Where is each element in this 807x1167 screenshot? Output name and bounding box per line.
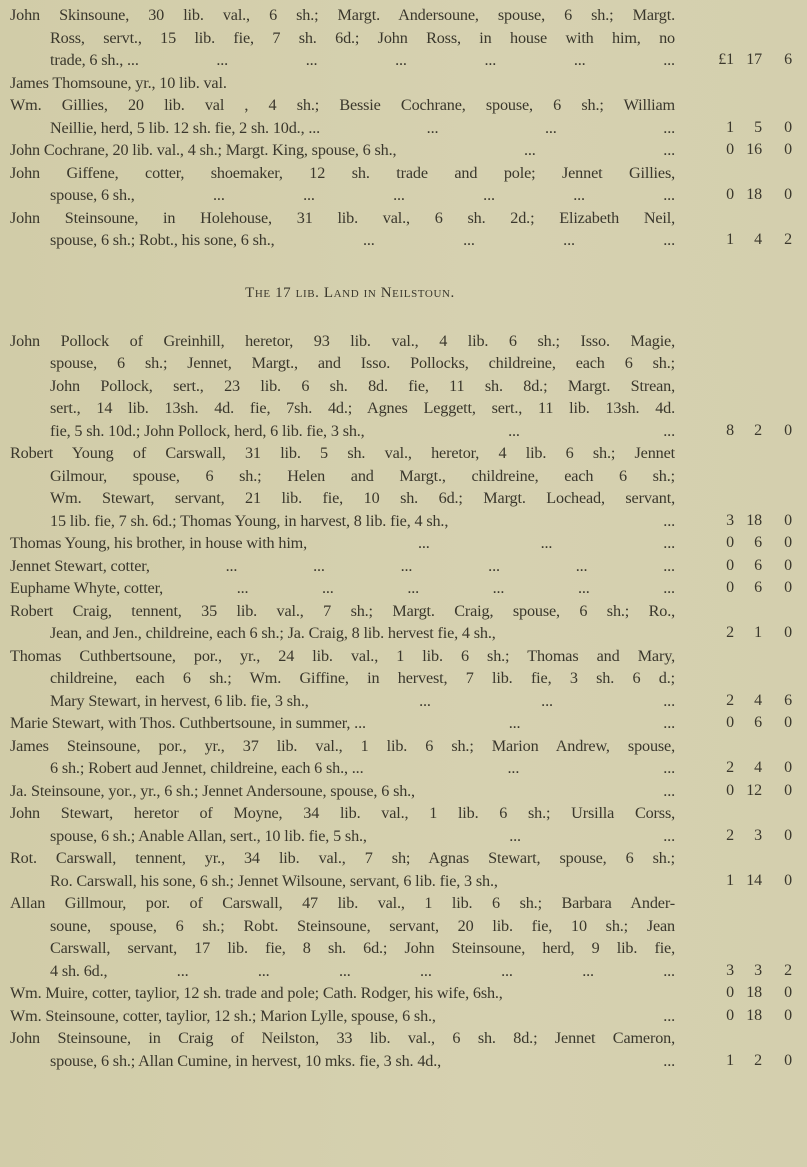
entry-line: fie, 5 sh. 10d.; John Pollock, herd, 6 l… [0,420,807,443]
entry-line: Allan Gillmour, por. of Carswall, 47 lib… [0,892,807,915]
entry-text: James Thomsoune, yr., 10 lib. val. [10,72,675,95]
entry-line: 4 sh. 6d.,.....................332 [0,960,807,983]
spacer [0,252,807,260]
amount-pounds: 2 [700,825,734,848]
entry-text: Wm. Muire, cotter, taylior, 12 sh. trade… [10,982,675,1005]
ledger-entry: John Pollock of Greinhill, heretor, 93 l… [0,330,807,443]
entry-text: 4 sh. 6d.,..................... [50,960,675,983]
entries-neilstoun: John Pollock of Greinhill, heretor, 93 l… [0,330,807,1073]
amount-pounds: 1 [700,117,734,140]
entry-line: 15 lib. fie, 7 sh. 6d.; Thomas Young, in… [0,510,807,533]
entry-text: Ro. Carswall, his sone, 6 sh.; Jennet Wi… [50,870,675,893]
entry-text: Wm. Stewart, servant, 21 lib. fie, 10 sh… [50,487,675,510]
entry-line: soune, spouse, 6 sh.; Robt. Steinsoune, … [0,915,807,938]
entry-line: Wm. Steinsoune, cotter, taylior, 12 sh.;… [0,1005,807,1028]
amount-pounds: 0 [700,532,734,555]
entry-text: Robert Craig, tennent, 35 lib. val., 7 s… [10,600,675,623]
entry-text: spouse, 6 sh.; Jennet, Margt., and Isso.… [50,352,675,375]
amount-pence: 0 [772,420,792,443]
entry-line: Wm. Muire, cotter, taylior, 12 sh. trade… [0,982,807,1005]
ledger-entry: John Stewart, heretor of Moyne, 34 lib. … [0,802,807,847]
amount-shillings: 6 [738,712,762,735]
entry-text: John Pollock of Greinhill, heretor, 93 l… [10,330,675,353]
entry-text: childreine, each 6 sh.; Wm. Giffine, in … [50,667,675,690]
amount-pence: 0 [772,757,792,780]
entry-text: John Pollock, sert., 23 lib. 6 sh. 8d. f… [50,375,675,398]
amount-pence: 0 [772,510,792,533]
entry-text: spouse, 6 sh.; Allan Cumine, in hervest,… [50,1050,675,1073]
ledger-entry: John Steinsoune, in Craig of Neilston, 3… [0,1027,807,1072]
amount-pence: 0 [772,117,792,140]
entry-text: Thomas Cuthbertsoune, por., yr., 24 lib.… [10,645,675,668]
entry-text: Gilmour, spouse, 6 sh.; Helen and Margt.… [50,465,675,488]
amount-pence: 0 [772,555,792,578]
entry-line: spouse, 6 sh.; Anable Allan, sert., 10 l… [0,825,807,848]
entry-text: John Steinsoune, in Craig of Neilston, 3… [10,1027,675,1050]
ledger-entry: Wm. Muire, cotter, taylior, 12 sh. trade… [0,982,807,1005]
amount-pence: 0 [772,622,792,645]
entry-line: trade, 6 sh., .....................£1176 [0,49,807,72]
entry-line: John Giffene, cotter, shoemaker, 12 sh. … [0,162,807,185]
entry-line: James Thomsoune, yr., 10 lib. val. [0,72,807,95]
entry-line: Carswall, servant, 17 lib. fie, 8 sh. 6d… [0,937,807,960]
amount-pounds: 2 [700,690,734,713]
entry-text: Thomas Young, his brother, in house with… [10,532,675,555]
amount-pounds: 1 [700,870,734,893]
ledger-entry: John Steinsoune, in Holehouse, 31 lib. v… [0,207,807,252]
entry-line: Marie Stewart, with Thos. Cuthbertsoune,… [0,712,807,735]
amount-shillings: 17 [738,49,762,72]
ledger-entry: James Steinsoune, por., yr., 37 lib. val… [0,735,807,780]
entry-line: Euphame Whyte, cotter,..................… [0,577,807,600]
entry-text: Jean, and Jen., childreine, each 6 sh.; … [50,622,675,645]
entry-text: fie, 5 sh. 10d.; John Pollock, herd, 6 l… [50,420,675,443]
entry-line: John Cochrane, 20 lib. val., 4 sh.; Marg… [0,139,807,162]
amount-pounds: 0 [700,184,734,207]
amount-pounds: 0 [700,982,734,1005]
ledger-entry: James Thomsoune, yr., 10 lib. val. [0,72,807,95]
document-page: John Skinsoune, 30 lib. val., 6 sh.; Mar… [0,0,807,1072]
entry-line: spouse, 6 sh.; Allan Cumine, in hervest,… [0,1050,807,1073]
entry-text: Wm. Steinsoune, cotter, taylior, 12 sh.;… [10,1005,675,1028]
entry-text: Ja. Steinsoune, yor., yr., 6 sh.; Jennet… [10,780,675,803]
amount-pence: 0 [772,712,792,735]
amount-pounds: 0 [700,712,734,735]
entry-line: spouse, 6 sh.,..................0180 [0,184,807,207]
entry-text: spouse, 6 sh.; Robt., his sone, 6 sh.,..… [50,229,675,252]
entry-text: John Cochrane, 20 lib. val., 4 sh.; Marg… [10,139,675,162]
entry-text: John Steinsoune, in Holehouse, 31 lib. v… [10,207,675,230]
entry-line: John Steinsoune, in Craig of Neilston, 3… [0,1027,807,1050]
entry-line: Robert Craig, tennent, 35 lib. val., 7 s… [0,600,807,623]
entry-text: Mary Stewart, in hervest, 6 lib. fie, 3 … [50,690,675,713]
ledger-entry: Robert Young of Carswall, 31 lib. 5 sh. … [0,442,807,532]
amount-pence: 0 [772,532,792,555]
entry-text: John Skinsoune, 30 lib. val., 6 sh.; Mar… [10,4,675,27]
amount-pounds: 0 [700,555,734,578]
amount-pence: 0 [772,139,792,162]
entry-text: 6 sh.; Robert aud Jennet, childreine, ea… [50,757,675,780]
amount-shillings: 4 [738,757,762,780]
amount-pence: 6 [772,690,792,713]
amount-pounds: 0 [700,139,734,162]
ledger-entry: Ja. Steinsoune, yor., yr., 6 sh.; Jennet… [0,780,807,803]
entry-line: Jean, and Jen., childreine, each 6 sh.; … [0,622,807,645]
entry-text: Rot. Carswall, tennent, yr., 34 lib. val… [10,847,675,870]
entry-text: sert., 14 lib. 13sh. 4d. fie, 7sh. 4d.; … [50,397,675,420]
amount-pounds: 0 [700,780,734,803]
amount-shillings: 18 [738,184,762,207]
entry-line: Thomas Cuthbertsoune, por., yr., 24 lib.… [0,645,807,668]
ledger-entry: Marie Stewart, with Thos. Cuthbertsoune,… [0,712,807,735]
ledger-entry: Wm. Steinsoune, cotter, taylior, 12 sh.;… [0,1005,807,1028]
entry-text: Marie Stewart, with Thos. Cuthbertsoune,… [10,712,675,735]
entry-line: James Steinsoune, por., yr., 37 lib. val… [0,735,807,758]
amount-shillings: 6 [738,532,762,555]
entry-line: Wm. Stewart, servant, 21 lib. fie, 10 sh… [0,487,807,510]
amount-shillings: 2 [738,1050,762,1073]
entry-line: Robert Young of Carswall, 31 lib. 5 sh. … [0,442,807,465]
ledger-entry: Rot. Carswall, tennent, yr., 34 lib. val… [0,847,807,892]
entry-text: trade, 6 sh., ..................... [50,49,675,72]
ledger-entry: Wm. Gillies, 20 lib. val , 4 sh.; Bessie… [0,94,807,139]
entries-before-heading: John Skinsoune, 30 lib. val., 6 sh.; Mar… [0,4,807,252]
entry-line: spouse, 6 sh.; Jennet, Margt., and Isso.… [0,352,807,375]
entry-line: John Skinsoune, 30 lib. val., 6 sh.; Mar… [0,4,807,27]
amount-shillings: 18 [738,1005,762,1028]
entry-line: John Pollock of Greinhill, heretor, 93 l… [0,330,807,353]
amount-pence: 0 [772,1050,792,1073]
amount-pounds: 2 [700,622,734,645]
entry-text: 15 lib. fie, 7 sh. 6d.; Thomas Young, in… [50,510,675,533]
amount-shillings: 16 [738,139,762,162]
amount-pounds: 0 [700,1005,734,1028]
entry-line: Thomas Young, his brother, in house with… [0,532,807,555]
amount-shillings: 6 [738,555,762,578]
amount-pence: 6 [772,49,792,72]
ledger-entry: John Cochrane, 20 lib. val., 4 sh.; Marg… [0,139,807,162]
entry-text: Euphame Whyte, cotter,.................. [10,577,675,600]
entry-line: Wm. Gillies, 20 lib. val , 4 sh.; Bessie… [0,94,807,117]
amount-shillings: 3 [738,960,762,983]
amount-pounds: 1 [700,229,734,252]
entry-line: 6 sh.; Robert aud Jennet, childreine, ea… [0,757,807,780]
amount-pounds: 8 [700,420,734,443]
amount-shillings: 14 [738,870,762,893]
entry-text: Jennet Stewart, cotter,.................… [10,555,675,578]
entry-text: Allan Gillmour, por. of Carswall, 47 lib… [10,892,675,915]
amount-pounds: 3 [700,510,734,533]
entry-line: John Steinsoune, in Holehouse, 31 lib. v… [0,207,807,230]
amount-shillings: 18 [738,510,762,533]
amount-shillings: 5 [738,117,762,140]
section-heading: The 17 lib. Land in Neilstoun. [0,260,700,330]
amount-pence: 0 [772,1005,792,1028]
amount-pence: 0 [772,870,792,893]
entry-text: John Giffene, cotter, shoemaker, 12 sh. … [10,162,675,185]
entry-text: Robert Young of Carswall, 31 lib. 5 sh. … [10,442,675,465]
ledger-entry: Euphame Whyte, cotter,..................… [0,577,807,600]
ledger-entry: Robert Craig, tennent, 35 lib. val., 7 s… [0,600,807,645]
ledger-entry: Thomas Young, his brother, in house with… [0,532,807,555]
amount-shillings: 1 [738,622,762,645]
entry-line: Gilmour, spouse, 6 sh.; Helen and Margt.… [0,465,807,488]
amount-shillings: 6 [738,577,762,600]
amount-pounds: 2 [700,757,734,780]
entry-text: Carswall, servant, 17 lib. fie, 8 sh. 6d… [50,937,675,960]
amount-shillings: 18 [738,982,762,1005]
amount-pence: 0 [772,825,792,848]
ledger-entry: Allan Gillmour, por. of Carswall, 47 lib… [0,892,807,982]
amount-pence: 2 [772,229,792,252]
entry-text: soune, spouse, 6 sh.; Robt. Steinsoune, … [50,915,675,938]
entry-line: Mary Stewart, in hervest, 6 lib. fie, 3 … [0,690,807,713]
amount-pence: 0 [772,184,792,207]
section-heading-text: The 17 lib. Land in Neilstoun. [245,282,455,304]
ledger-entry: John Giffene, cotter, shoemaker, 12 sh. … [0,162,807,207]
entry-text: Ross, servt., 15 lib. fie, 7 sh. 6d.; Jo… [50,27,675,50]
entry-line: Ro. Carswall, his sone, 6 sh.; Jennet Wi… [0,870,807,893]
amount-pence: 0 [772,982,792,1005]
amount-pounds: £1 [700,49,734,72]
entry-text: spouse, 6 sh.; Anable Allan, sert., 10 l… [50,825,675,848]
entry-text: John Stewart, heretor of Moyne, 34 lib. … [10,802,675,825]
amount-shillings: 4 [738,690,762,713]
amount-shillings: 4 [738,229,762,252]
entry-line: Jennet Stewart, cotter,.................… [0,555,807,578]
entry-line: Ross, servt., 15 lib. fie, 7 sh. 6d.; Jo… [0,27,807,50]
amount-pence: 0 [772,577,792,600]
amount-shillings: 12 [738,780,762,803]
entry-text: spouse, 6 sh.,.................. [50,184,675,207]
ledger-entry: Jennet Stewart, cotter,.................… [0,555,807,578]
entry-line: Rot. Carswall, tennent, yr., 34 lib. val… [0,847,807,870]
amount-pence: 0 [772,780,792,803]
entry-line: Ja. Steinsoune, yor., yr., 6 sh.; Jennet… [0,780,807,803]
entry-line: spouse, 6 sh.; Robt., his sone, 6 sh.,..… [0,229,807,252]
amount-shillings: 3 [738,825,762,848]
amount-pounds: 3 [700,960,734,983]
entry-line: John Pollock, sert., 23 lib. 6 sh. 8d. f… [0,375,807,398]
entry-text: Neillie, herd, 5 lib. 12 sh. fie, 2 sh. … [50,117,675,140]
entry-line: John Stewart, heretor of Moyne, 34 lib. … [0,802,807,825]
entry-text: Wm. Gillies, 20 lib. val , 4 sh.; Bessie… [10,94,675,117]
amount-pounds: 0 [700,577,734,600]
ledger-entry: John Skinsoune, 30 lib. val., 6 sh.; Mar… [0,4,807,72]
entry-line: childreine, each 6 sh.; Wm. Giffine, in … [0,667,807,690]
amount-pence: 2 [772,960,792,983]
amount-pounds: 1 [700,1050,734,1073]
ledger-entry: Thomas Cuthbertsoune, por., yr., 24 lib.… [0,645,807,713]
amount-shillings: 2 [738,420,762,443]
entry-line: Neillie, herd, 5 lib. 12 sh. fie, 2 sh. … [0,117,807,140]
entry-text: James Steinsoune, por., yr., 37 lib. val… [10,735,675,758]
entry-line: sert., 14 lib. 13sh. 4d. fie, 7sh. 4d.; … [0,397,807,420]
